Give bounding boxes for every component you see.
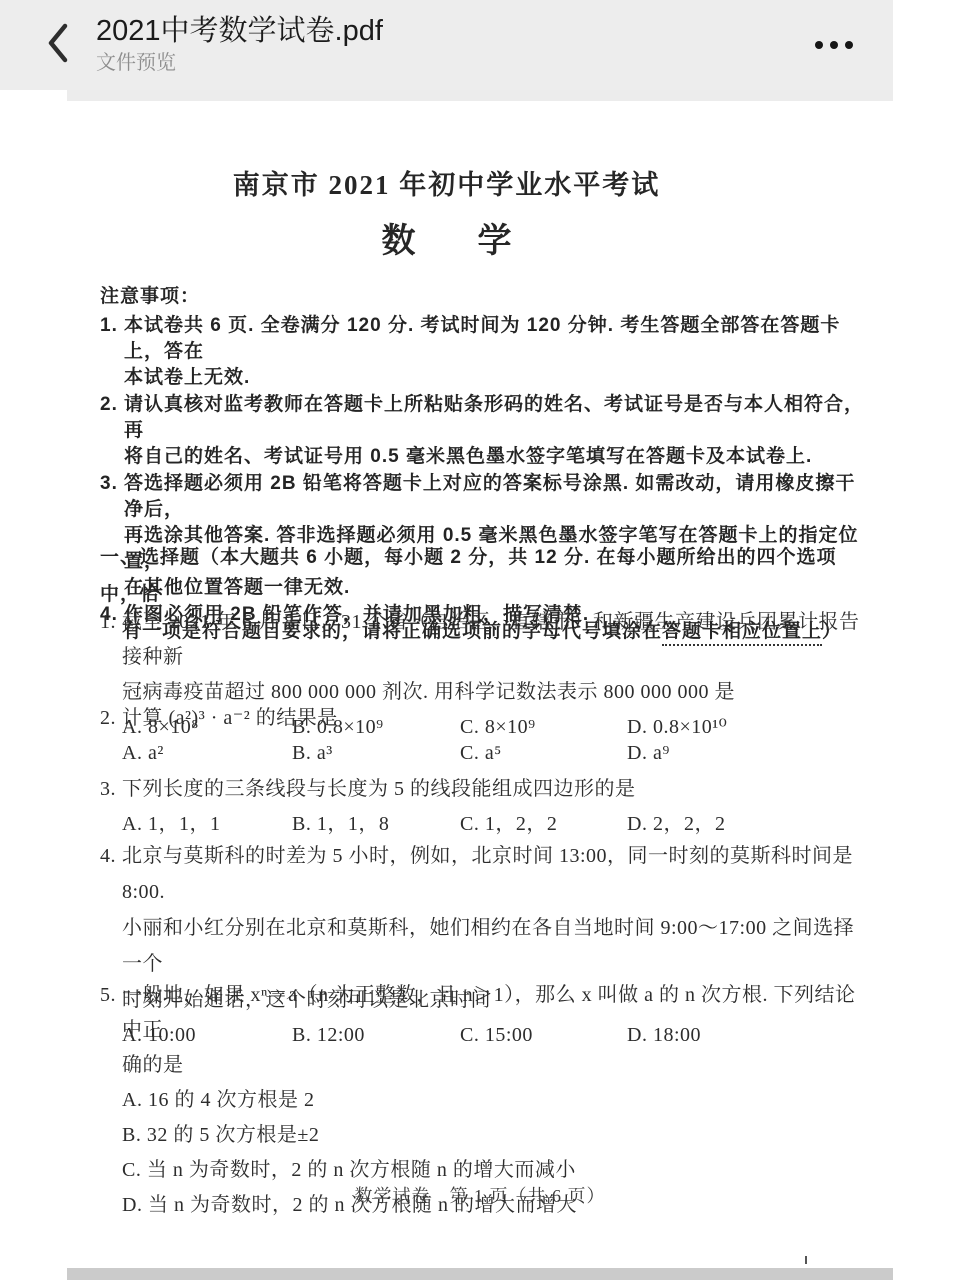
option-a: A. 16 的 4 次方根是 2 [122,1083,866,1118]
option-d: D. 2，2，2 [627,807,866,842]
more-menu-button[interactable] [795,21,873,69]
exam-title: 南京市 2021 年初中学业水平考试 [30,163,863,202]
notice-item: 2. 请认真核对监考教师在答题卡上所粘贴条形码的姓名、考试证号是否与本人相符合，… [100,392,866,470]
file-title: 2021中考数学试卷.pdf [96,14,795,48]
chevron-left-icon [46,21,70,70]
option-b: B. a³ [292,736,460,771]
question-number: 3. [100,772,116,807]
subject-char: 学 [478,213,512,262]
question-2: 2. 计算 (a²)³ · a⁻² 的结果是 A. a² B. a³ C. a⁵… [100,701,866,771]
option-c: C. a⁵ [460,736,627,771]
question-line: 一般地，如果 xⁿ＝a（n 为正整数，且 n＞1），那么 x 叫做 a 的 n … [122,978,866,1048]
question-line: 小丽和小红分别在北京和莫斯科，她们相约在各自当地时间 9:00～17:00 之间… [122,910,866,982]
preview-label: 文件预览 [96,50,795,76]
app-header: 2021中考数学试卷.pdf 文件预览 [0,0,893,90]
option-a: A. 1，1，1 [122,807,292,842]
notice-item-number: 2. [100,392,124,470]
question-line: 下列长度的三条线段与长度为 5 的线段能组成四边形的是 [122,772,866,807]
question-number: 1. [100,605,116,640]
section-line: 一、选择题（本大题共 6 小题，每小题 2 分，共 12 分. 在每小题所给出的… [100,539,866,613]
pdf-preview-page[interactable]: 南京市 2021 年初中学业水平考试 数 学 注意事项： 1. 本试卷共 6 页… [0,101,960,1268]
notice-line: 答选择题必须用 2B 铅笔将答题卡上对应的答案标号涂黑. 如需改动，请用橡皮擦干… [124,471,866,523]
option-d: D. a⁹ [627,736,866,771]
notice-line: 请认真核对监考教师在答题卡上所粘贴条形码的姓名、考试证号是否与本人相符合，再 [124,392,866,444]
options-row: A. 1，1，1 B. 1，1，8 C. 1，2，2 D. 2，2，2 [122,807,866,842]
question-number: 4. [100,838,116,874]
exam-subject: 数 学 [30,213,863,262]
question-line: 计算 (a²)³ · a⁻² 的结果是 [122,701,866,736]
ellipsis-icon [815,41,853,49]
question-line: 北京与莫斯科的时差为 5 小时，例如，北京时间 13:00，同一时刻的莫斯科时间… [122,838,866,910]
question-number: 5. [100,978,116,1013]
option-b: B. 1，1，8 [292,807,460,842]
question-line: 确的是 [122,1048,866,1083]
option-b: B. 32 的 5 次方根是±2 [122,1118,866,1153]
question-line: 截至 2021 年 6 月 8 日，31 个省（自治区、直辖市）和新疆生产建设兵… [122,605,866,675]
page-bottom-strip [67,1268,893,1280]
scan-artifact-mark [805,1256,807,1264]
header-divider [67,90,893,101]
page-footer: 数学试卷 第 1 页（共 6 页） [0,1182,960,1208]
header-titles: 2021中考数学试卷.pdf 文件预览 [88,14,795,76]
options-row: A. a² B. a³ C. a⁵ D. a⁹ [122,736,866,771]
notice-item: 1. 本试卷共 6 页. 全卷满分 120 分. 考试时间为 120 分钟. 考… [100,313,866,391]
question-number: 2. [100,701,116,736]
notice-line: 将自己的姓名、考试证号用 0.5 毫米黑色墨水签字笔填写在答题卡及本试卷上. [124,444,866,470]
notice-line: 本试卷共 6 页. 全卷满分 120 分. 考试时间为 120 分钟. 考生答题… [124,313,866,365]
option-a: A. a² [122,736,292,771]
notice-line: 本试卷上无效. [124,365,866,391]
notice-item-number: 1. [100,313,124,391]
notice-heading: 注意事项： [100,283,866,311]
back-button[interactable] [28,0,88,90]
option-c: C. 1，2，2 [460,807,627,842]
subject-char: 数 [382,213,416,262]
question-3: 3. 下列长度的三条线段与长度为 5 的线段能组成四边形的是 A. 1，1，1 … [100,772,866,842]
